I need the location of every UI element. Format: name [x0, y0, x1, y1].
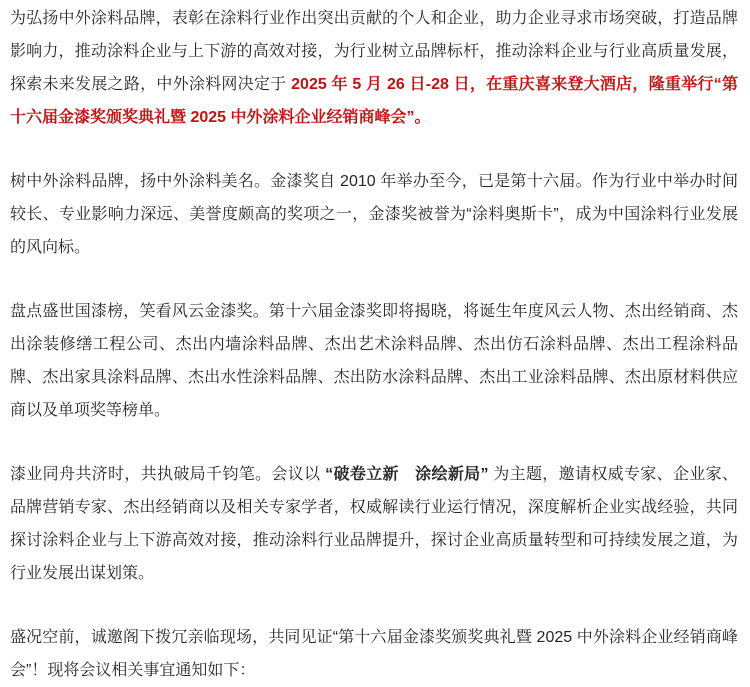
text-run: 漆业同舟共济时，共执破局千钧笔。会议以 [10, 466, 325, 483]
text-run: 为主题，邀请权威专家、企业家、品牌营销专家、杰出经销商以及相关专家学者，权威解读… [10, 466, 738, 582]
text-run: 盘点盛世国漆榜，笑看风云金漆奖。第十六届金漆奖即将揭晓，将诞生年度风云人物、杰出… [10, 303, 738, 419]
text-run: 盛况空前，诚邀阁下拨冗亲临现场，共同见证“第十六届金漆奖颁奖典礼暨 2025 中… [10, 629, 738, 679]
article-body: 为弘扬中外涂料品牌，表彰在涂料行业作出突出贡献的个人和企业，助力企业寻求市场突破… [10, 2, 738, 687]
paragraph-1: 为弘扬中外涂料品牌，表彰在涂料行业作出突出贡献的个人和企业，助力企业寻求市场突破… [10, 2, 738, 134]
paragraph-2: 树中外涂料品牌，扬中外涂料美名。金漆奖自 2010 年举办至今，已是第十六届。作… [10, 165, 738, 264]
bold-text-run: “破卷立新 涂绘新局” [325, 466, 488, 483]
paragraph-4: 漆业同舟共济时，共执破局千钧笔。会议以 “破卷立新 涂绘新局” 为主题，邀请权威… [10, 458, 738, 590]
text-run: 树中外涂料品牌，扬中外涂料美名。金漆奖自 2010 年举办至今，已是第十六届。作… [10, 173, 738, 256]
paragraph-5: 盛况空前，诚邀阁下拨冗亲临现场，共同见证“第十六届金漆奖颁奖典礼暨 2025 中… [10, 621, 738, 687]
paragraph-3: 盘点盛世国漆榜，笑看风云金漆奖。第十六届金漆奖即将揭晓，将诞生年度风云人物、杰出… [10, 295, 738, 427]
document-page: 为弘扬中外涂料品牌，表彰在涂料行业作出突出贡献的个人和企业，助力企业寻求市场突破… [0, 0, 750, 687]
